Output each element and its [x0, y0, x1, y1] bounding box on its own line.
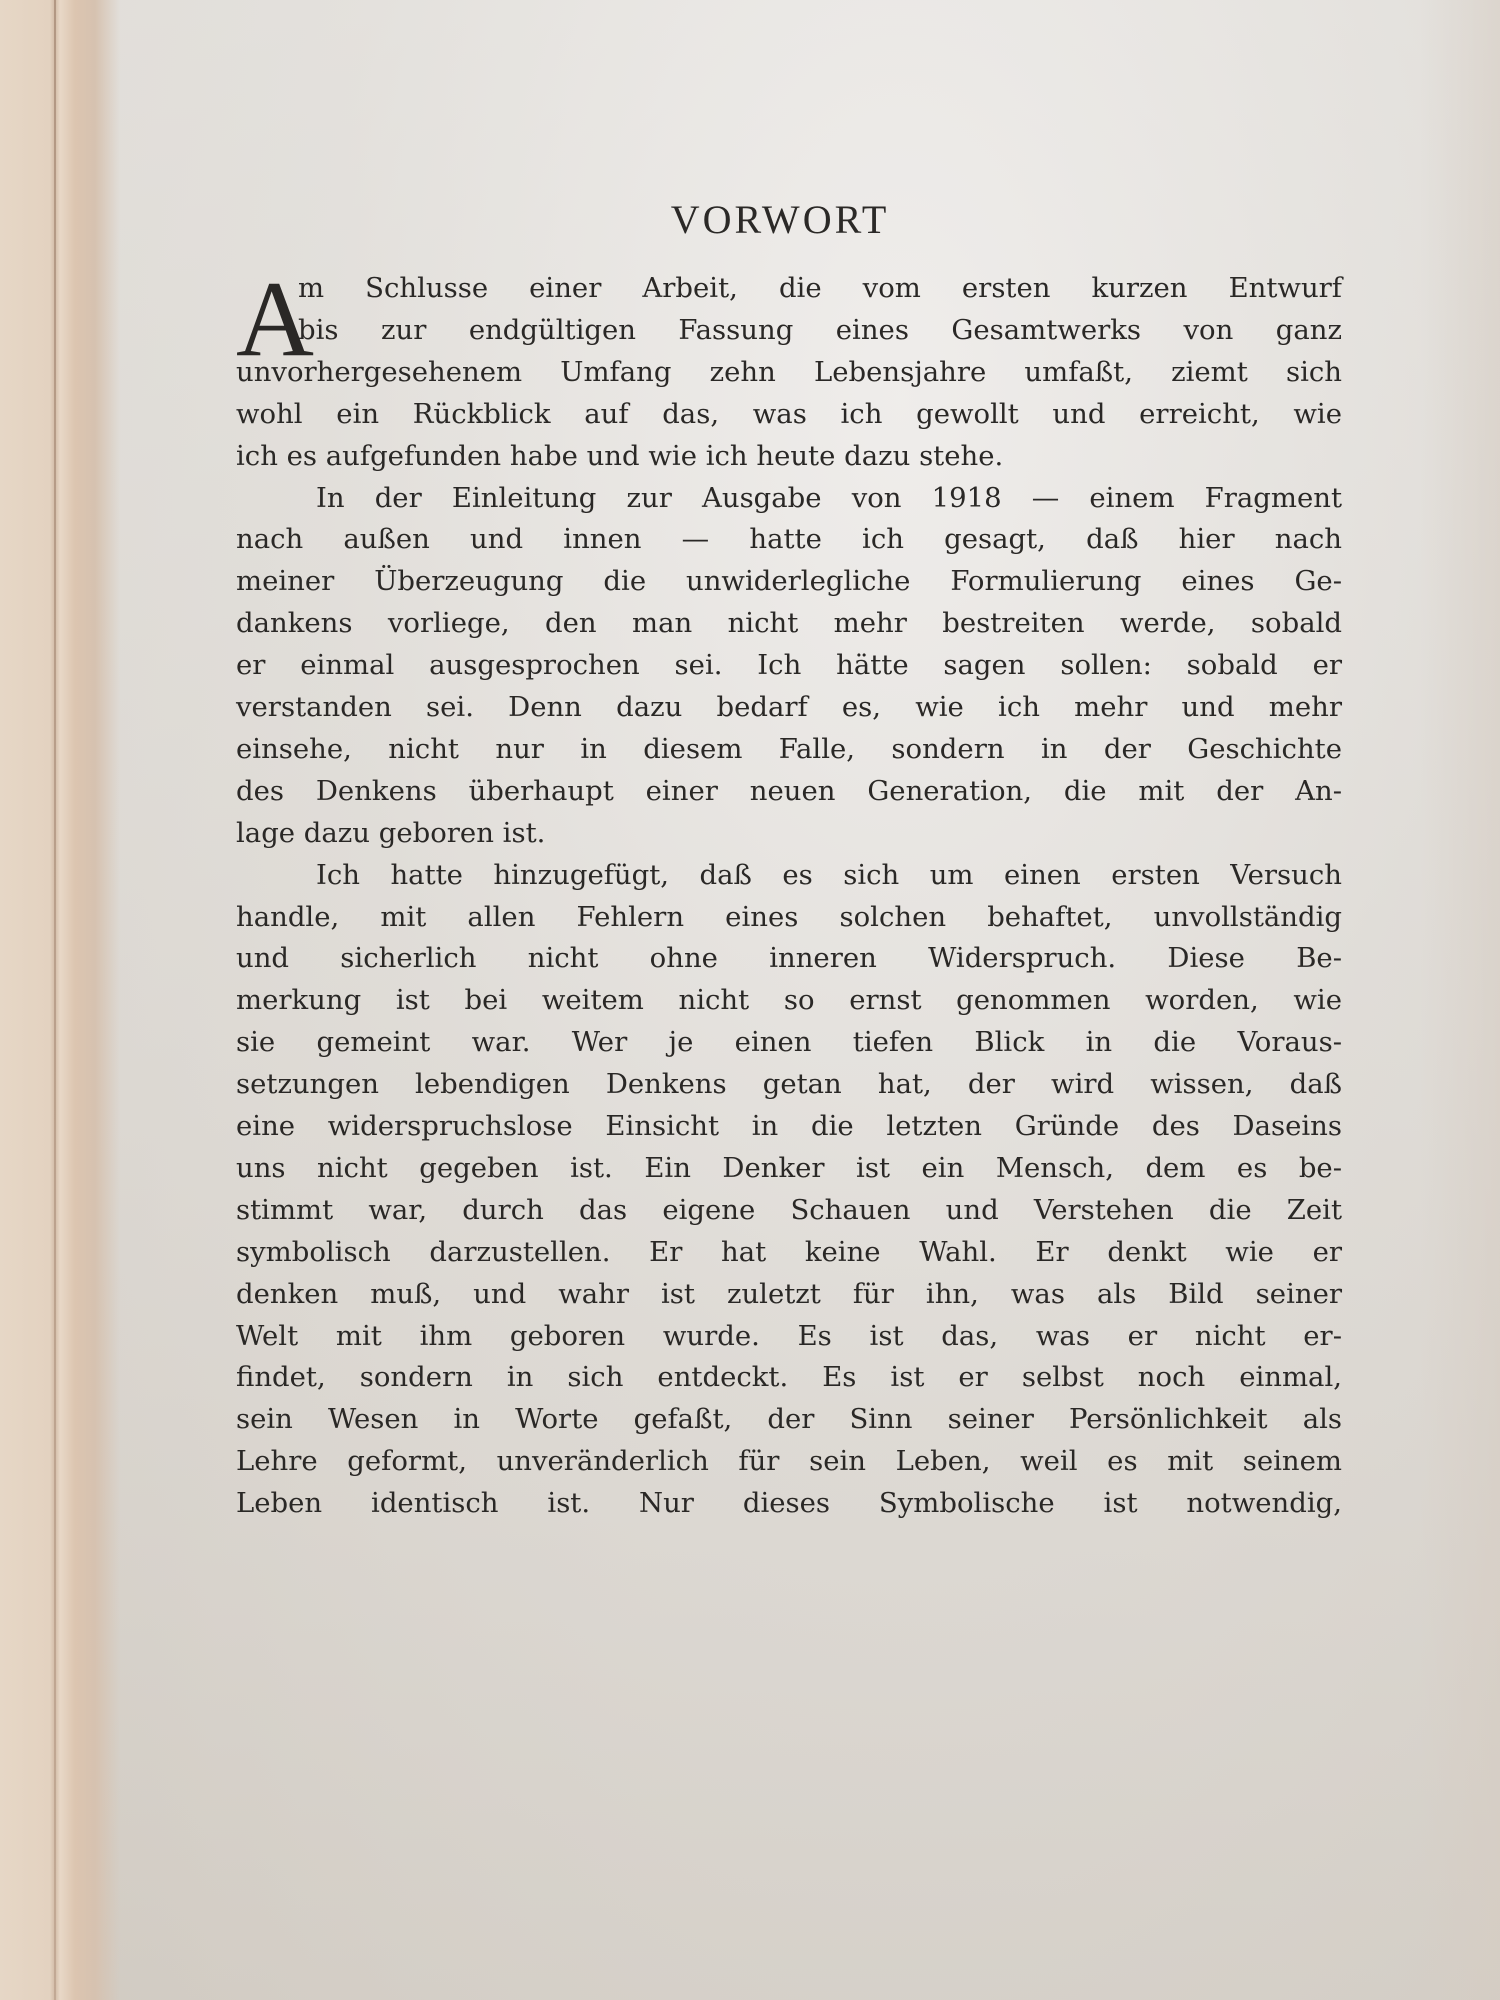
text-line: einsehe, nicht nur in diesem Falle, sond…	[236, 729, 1342, 769]
text-line: handle, mit allen Fehlern eines solchen …	[236, 897, 1342, 937]
text-line: symbolisch darzustellen. Er hat keine Wa…	[236, 1232, 1342, 1272]
text-line: Lehre geformt, unveränderlich für sein L…	[236, 1441, 1342, 1481]
text-line: dankens vorliege, den man nicht mehr bes…	[236, 603, 1342, 643]
text-line: lage dazu geboren ist.	[236, 813, 1342, 853]
text-line: findet, sondern in sich entdeckt. Es ist…	[236, 1357, 1342, 1397]
text-line: sein Wesen in Worte gefaßt, der Sinn sei…	[236, 1399, 1342, 1439]
text-line: und sicherlich nicht ohne inneren Widers…	[236, 938, 1342, 978]
text-line: Welt mit ihm geboren wurde. Es ist das, …	[236, 1316, 1342, 1356]
text-line: meiner Überzeugung die unwiderlegliche F…	[236, 561, 1342, 601]
text-line: wohl ein Rückblick auf das, was ich gewo…	[236, 394, 1342, 434]
text-line: nach außen und innen — hatte ich gesagt,…	[236, 519, 1342, 559]
text-line: verstanden sei. Denn dazu bedarf es, wie…	[236, 687, 1342, 727]
text-line: stimmt war, durch das eigene Schauen und…	[236, 1190, 1342, 1230]
text-line: des Denkens überhaupt einer neuen Genera…	[236, 771, 1342, 811]
page-fold-line	[54, 0, 56, 2000]
text-line: Ich hatte hinzugefügt, daß es sich um ei…	[316, 855, 1342, 895]
page-edge-shadow	[1420, 0, 1500, 2000]
text-line: sie gemeint war. Wer je einen tiefen Bli…	[236, 1022, 1342, 1062]
text-line: bis zur endgültigen Fassung eines Gesamt…	[298, 310, 1342, 350]
book-page: VORWORT A m Schlusse einer Arbeit, die v…	[0, 0, 1500, 2000]
text-line: In der Einleitung zur Ausgabe von 1918 —…	[316, 478, 1342, 518]
text-line: m Schlusse einer Arbeit, die vom ersten …	[298, 268, 1342, 308]
binding-gutter	[0, 0, 120, 2000]
text-line: er einmal ausgesprochen sei. Ich hätte s…	[236, 645, 1342, 685]
page-title: VORWORT	[0, 196, 1500, 243]
text-line: Leben identisch ist. Nur dieses Symbolis…	[236, 1483, 1342, 1523]
text-line: ich es aufgefunden habe und wie ich heut…	[236, 436, 1342, 476]
text-line: merkung ist bei weitem nicht so ernst ge…	[236, 980, 1342, 1020]
text-line: uns nicht gegeben ist. Ein Denker ist ei…	[236, 1148, 1342, 1188]
text-line: setzungen lebendigen Denkens getan hat, …	[236, 1064, 1342, 1104]
text-line: unvorhergesehenem Umfang zehn Lebensjahr…	[236, 352, 1342, 392]
text-line: denken muß, und wahr ist zuletzt für ihn…	[236, 1274, 1342, 1314]
text-line: eine widerspruchslose Einsicht in die le…	[236, 1106, 1342, 1146]
